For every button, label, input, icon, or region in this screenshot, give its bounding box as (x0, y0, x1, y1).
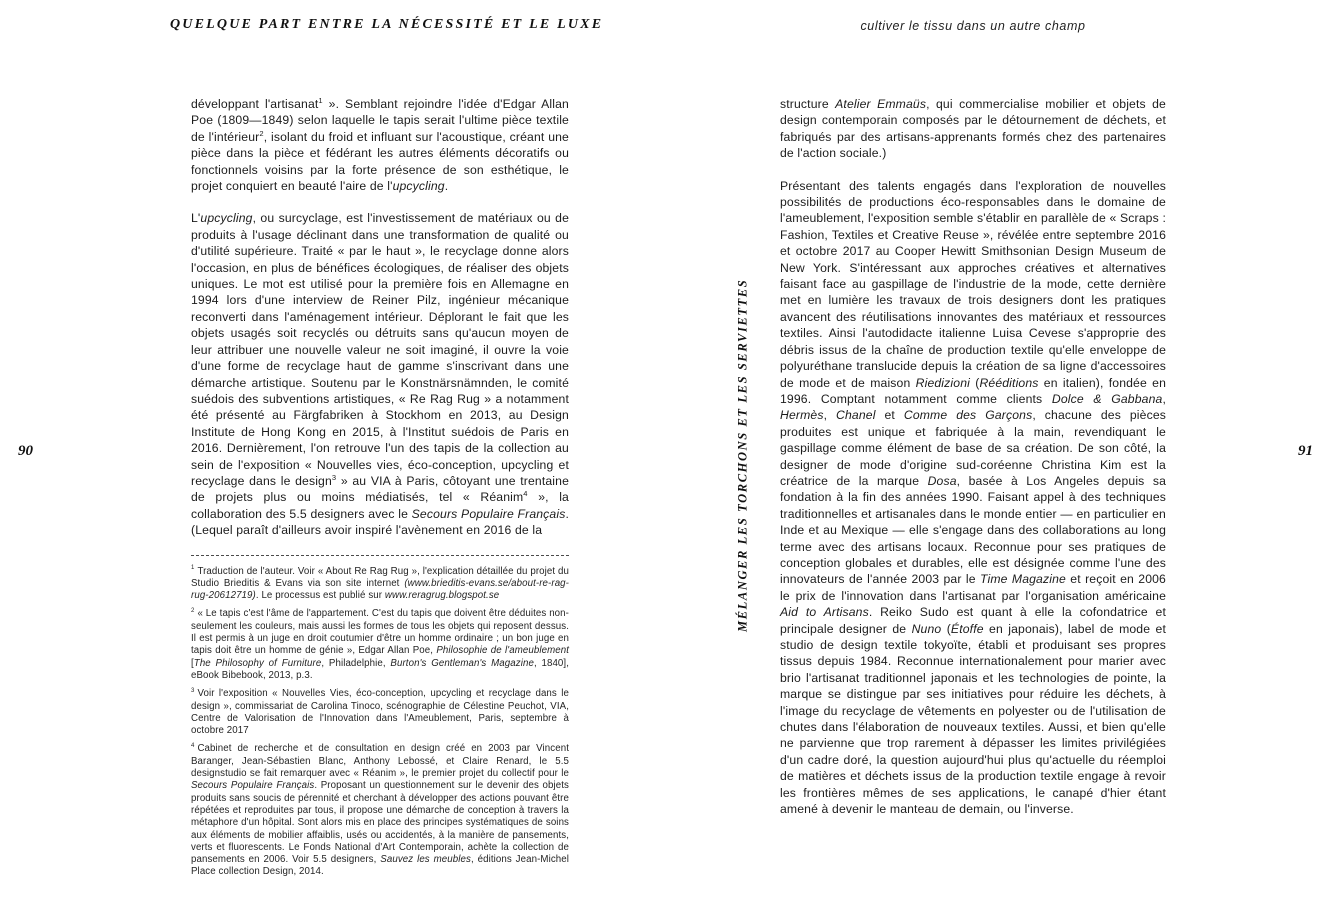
running-head-left: QUELQUE PART ENTRE LA NÉCESSITÉ ET LE LU… (170, 17, 590, 33)
body-paragraph: développant l'artisanat1 ». Semblant rej… (191, 96, 569, 194)
running-head-right: cultiver le tissu dans un autre champ (780, 19, 1166, 33)
footnote-number: 1 (191, 565, 194, 571)
footnotes-block: 1Traduction de l'auteur. Voir « About Re… (191, 566, 569, 879)
body-paragraph: Présentant des talents engagés dans l'ex… (780, 178, 1166, 818)
footnote-text: Traduction de l'auteur. Voir « About Re … (191, 566, 569, 602)
footnote: 3Voir l'exposition « Nouvelles Vies, éco… (191, 688, 569, 737)
page-number-right: 91 (1298, 443, 1313, 460)
book-spread: QUELQUE PART ENTRE LA NÉCESSITÉ ET LE LU… (0, 0, 1340, 911)
page-number-left: 90 (18, 443, 33, 460)
footnote-number: 2 (191, 608, 194, 614)
vertical-section-title: MÉLANGER LES TORCHONS ET LES SERVIETTES (731, 297, 755, 613)
left-page-column: développant l'artisanat1 ». Semblant rej… (191, 96, 569, 885)
footnote-text: Voir l'exposition « Nouvelles Vies, éco-… (191, 688, 569, 736)
right-page-column: structure Atelier Emmaüs, qui commercial… (780, 96, 1166, 817)
footnote-text: « Le tapis c'est l'âme de l'appartement.… (191, 608, 569, 680)
footnote-separator (191, 555, 569, 556)
footnote: 1Traduction de l'auteur. Voir « About Re… (191, 566, 569, 603)
body-paragraph: L'upcycling, ou surcyclage, est l'invest… (191, 210, 569, 538)
footnote-number: 3 (191, 688, 194, 694)
body-paragraph: structure Atelier Emmaüs, qui commercial… (780, 96, 1166, 162)
footnote-text: Cabinet de recherche et de consultation … (191, 743, 569, 877)
footnote: 2« Le tapis c'est l'âme de l'appartement… (191, 608, 569, 682)
footnote-number: 4 (191, 743, 194, 749)
footnote: 4Cabinet de recherche et de consultation… (191, 743, 569, 878)
